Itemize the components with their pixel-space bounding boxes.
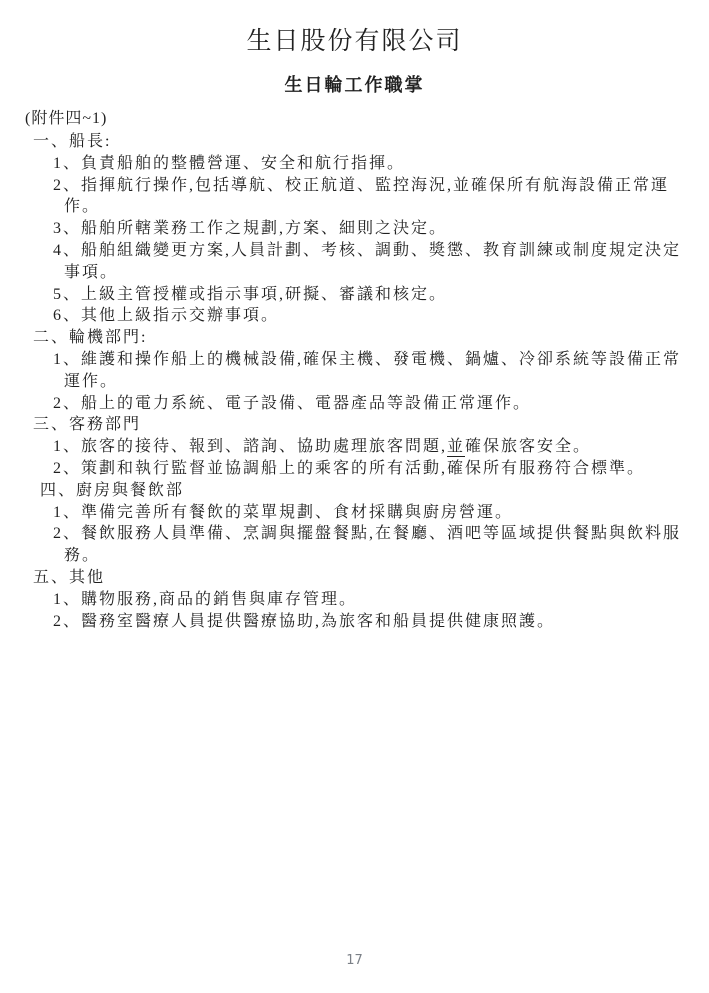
list-item: 2、餐飲服務人員準備、烹調與擺盤餐點,在餐廳、酒吧等區域提供餐點與飲料服 xyxy=(53,523,709,545)
document-body: 一、船長: 1、負責船舶的整體營運、安全和航行指揮。 2、指揮航行操作,包括導航… xyxy=(0,131,709,632)
list-item: 3、船舶所轄業務工作之規劃,方案、細則之決定。 xyxy=(53,218,709,240)
list-item: 1、負責船舶的整體營運、安全和航行指揮。 xyxy=(53,153,709,175)
document-title: 生日輪工作職掌 xyxy=(0,75,709,96)
list-item: 2、醫務室醫療人員提供醫療協助,為旅客和船員提供健康照護。 xyxy=(53,611,709,633)
attachment-label: (附件四~1) xyxy=(25,109,709,128)
list-item: 4、船舶組織變更方案,人員計劃、考核、調動、獎懲、教育訓練或制度規定決定 xyxy=(53,240,709,262)
list-item: 1、維護和操作船上的機械設備,確保主機、發電機、鍋爐、冷卻系統等設備正常 xyxy=(53,349,709,371)
list-item: 6、其他上級指示交辦事項。 xyxy=(53,305,709,327)
list-item: 2、指揮航行操作,包括導航、校正航道、監控海況,並確保所有航海設備正常運 xyxy=(53,175,709,197)
section-heading-passenger-dept: 三、客務部門 xyxy=(33,414,709,436)
list-item: 2、船上的電力系統、電子設備、電器產品等設備正常運作。 xyxy=(53,393,709,415)
list-item-continuation: 務。 xyxy=(64,545,709,567)
list-item: 5、上級主管授權或指示事項,研擬、審議和核定。 xyxy=(53,284,709,306)
list-item: 1、準備完善所有餐飲的菜單規劃、食材採購與廚房營運。 xyxy=(53,502,709,524)
list-item-continuation: 作。 xyxy=(64,196,709,218)
section-heading-others: 五、其他 xyxy=(33,567,709,589)
list-item: 1、購物服務,商品的銷售與庫存管理。 xyxy=(53,589,709,611)
list-item-text-pre: 1、旅客的接待、報到、諮詢、協助處理旅客問題, xyxy=(53,438,447,455)
list-item-continuation: 運作。 xyxy=(64,371,709,393)
list-item: 2、策劃和執行監督並協調船上的乘客的所有活動,確保所有服務符合標準。 xyxy=(53,458,709,480)
list-item-continuation: 事項。 xyxy=(64,262,709,284)
underlined-character: 並 xyxy=(447,438,465,457)
list-item-text-post: 確保旅客安全。 xyxy=(465,438,591,455)
document-page: 生日股份有限公司 生日輪工作職掌 (附件四~1) 一、船長: 1、負責船舶的整體… xyxy=(0,0,709,993)
section-heading-captain: 一、船長: xyxy=(33,131,709,153)
page-number: 17 xyxy=(0,953,709,968)
list-item: 1、旅客的接待、報到、諮詢、協助處理旅客問題,並確保旅客安全。 xyxy=(53,436,709,458)
section-heading-kitchen-dept: 四、廚房與餐飲部 xyxy=(40,480,709,502)
company-title: 生日股份有限公司 xyxy=(0,0,709,57)
section-heading-engine-dept: 二、輪機部門: xyxy=(33,327,709,349)
